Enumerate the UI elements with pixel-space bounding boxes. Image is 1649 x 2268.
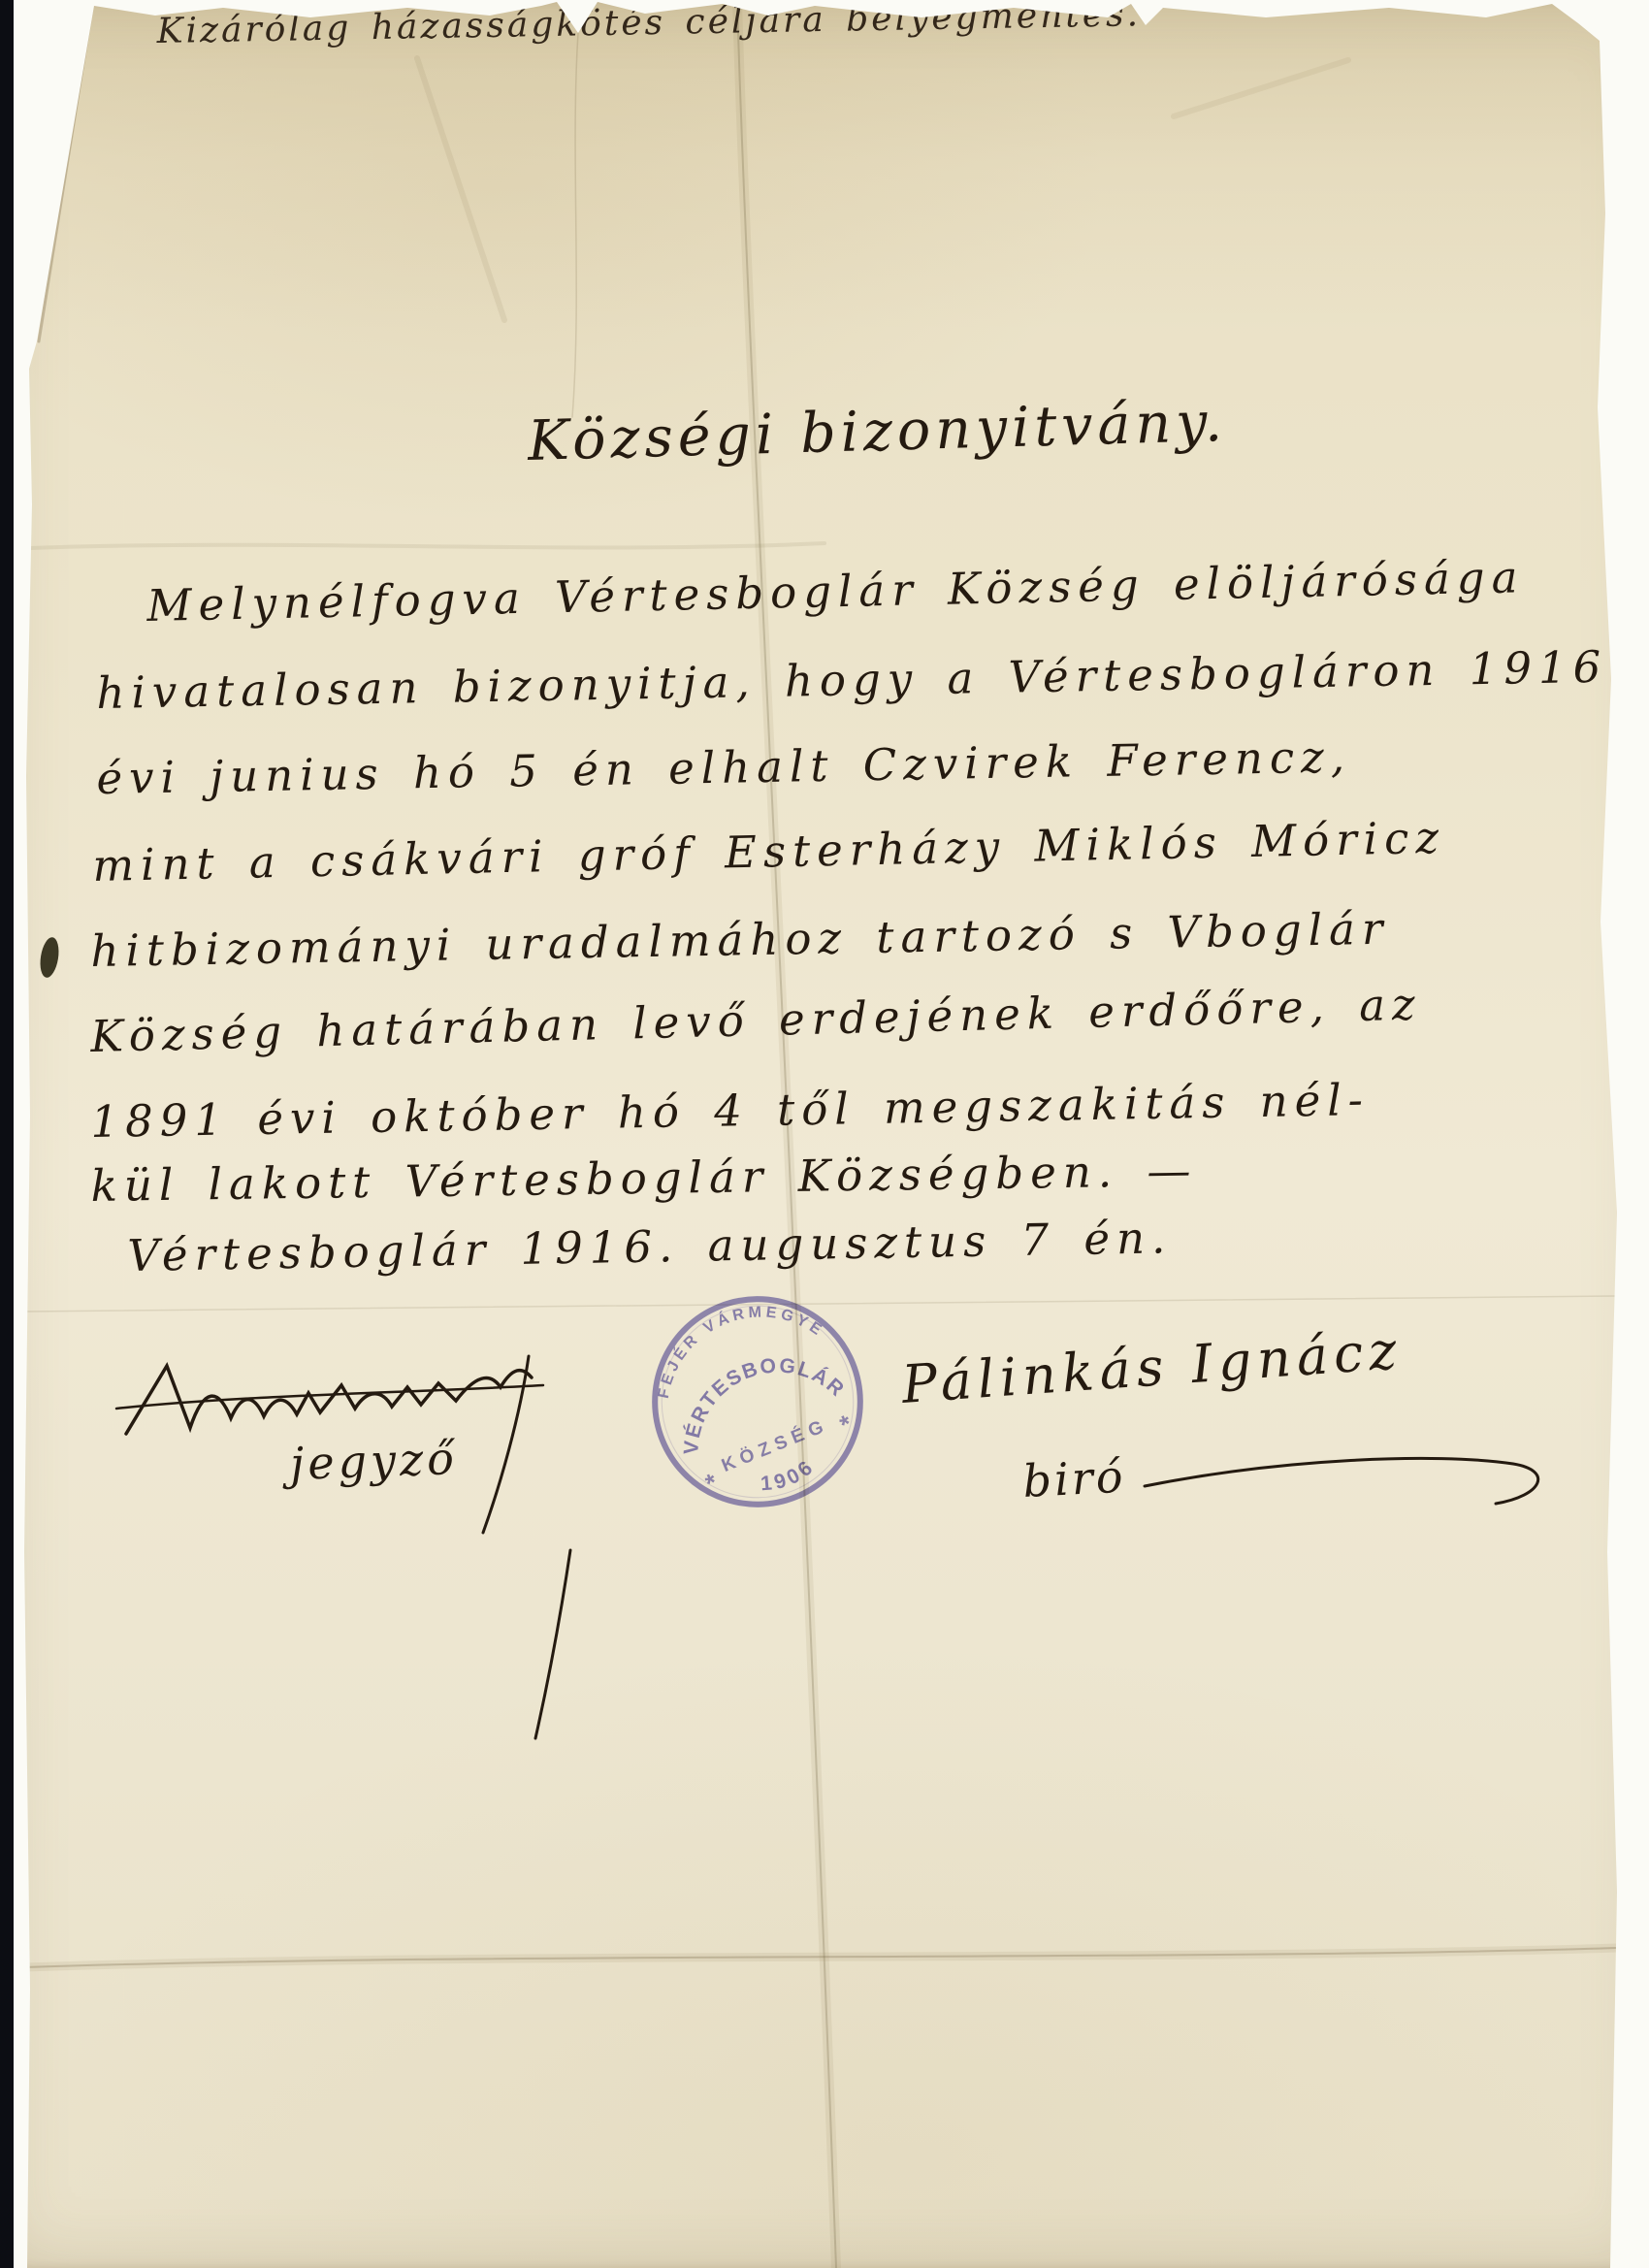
body-line-2: hivatalosan bizonyitja, hogy a Vértesbog… — [96, 641, 1608, 719]
document-paper: Kizárólag házasságkötés céljára bélyegme… — [0, 0, 1649, 2268]
notary-role-label: jegyző — [289, 1432, 459, 1490]
document-title: Községi bizonyitvány. — [527, 390, 1228, 473]
top-annotation: Kizárólag házasságkötés céljára bélyegme… — [156, 0, 1141, 51]
right-signature-flourish — [1145, 1458, 1538, 1504]
body-line-5: hitbizományi uradalmához tartozó s Vbogl… — [90, 903, 1390, 977]
village-rubber-stamp: FEJÉR VÁRMEGYE VÉRTESBOGLÁR KÖZSÉG * * 1… — [592, 1236, 922, 1567]
body-line-7: 1891 évi október hó 4 től megszakitás né… — [90, 1074, 1370, 1148]
ink-smudge — [38, 936, 61, 979]
judge-role-label: biró — [1021, 1450, 1127, 1507]
body-line-3: évi junius hó 5 én elhalt Czvirek Ferenc… — [96, 730, 1351, 804]
scanned-document: Kizárólag házasságkötés céljára bélyegme… — [0, 0, 1649, 2268]
judge-signature-name: Pálinkás Ignácz — [900, 1319, 1405, 1415]
body-line-4: mint a csákvári gróf Esterházy Miklós Mó… — [92, 812, 1446, 891]
stamp-right-star: * — [836, 1409, 857, 1440]
body-line-8: kül lakott Vértesboglár Községben. — — [90, 1145, 1197, 1212]
body-line-6: Község határában levő erdejének erdőőre,… — [90, 978, 1423, 1062]
scanner-edge-strip — [0, 0, 14, 2268]
date-line: Vértesboglár 1916. augusztus 7 én. — [127, 1212, 1173, 1281]
stray-pen-stroke — [535, 1550, 570, 1738]
body-line-1: Melynélfogva Vértesboglár Község elöljár… — [146, 551, 1525, 632]
stamp-left-star: * — [701, 1467, 722, 1498]
